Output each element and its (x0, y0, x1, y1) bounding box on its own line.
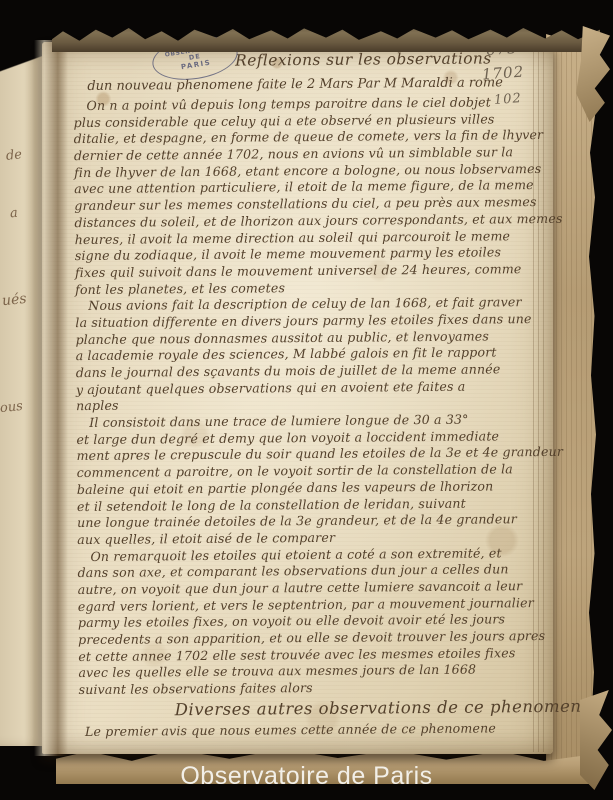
manuscript-line: Le premier avis que nous eumes cette ann… (79, 720, 552, 741)
margin-number-page: 102 (494, 91, 523, 108)
facing-page-text-fragment: de (5, 147, 22, 164)
manuscript-body: On n a point vû depuis long temps paroit… (73, 94, 552, 741)
book-fore-edge (546, 34, 596, 776)
manuscript-page: OBSERVATOIRE DE PARIS 673 1702 102 Refle… (42, 42, 553, 754)
facing-page-text-fragment: ous (0, 399, 24, 416)
photo-scene: de a ués ous OBSERVATOIRE DE PARIS 673 1… (0, 0, 613, 800)
stamp-text-bottom: PARIS (180, 59, 211, 72)
book-top-edge (52, 20, 600, 52)
margin-number-year: 1702 (481, 63, 524, 84)
manuscript-line: Diverses autres observations de ce pheno… (79, 695, 552, 723)
facing-page-text-fragment: ués (1, 291, 27, 309)
manuscript-text: Reflexions sur les observations dun nouv… (73, 45, 552, 741)
photo-caption: Observatoire de Paris (0, 762, 613, 791)
facing-page: de a ués ous (0, 56, 44, 746)
top-left-shadow (0, 0, 44, 120)
facing-page-text-fragment: a (9, 206, 18, 222)
